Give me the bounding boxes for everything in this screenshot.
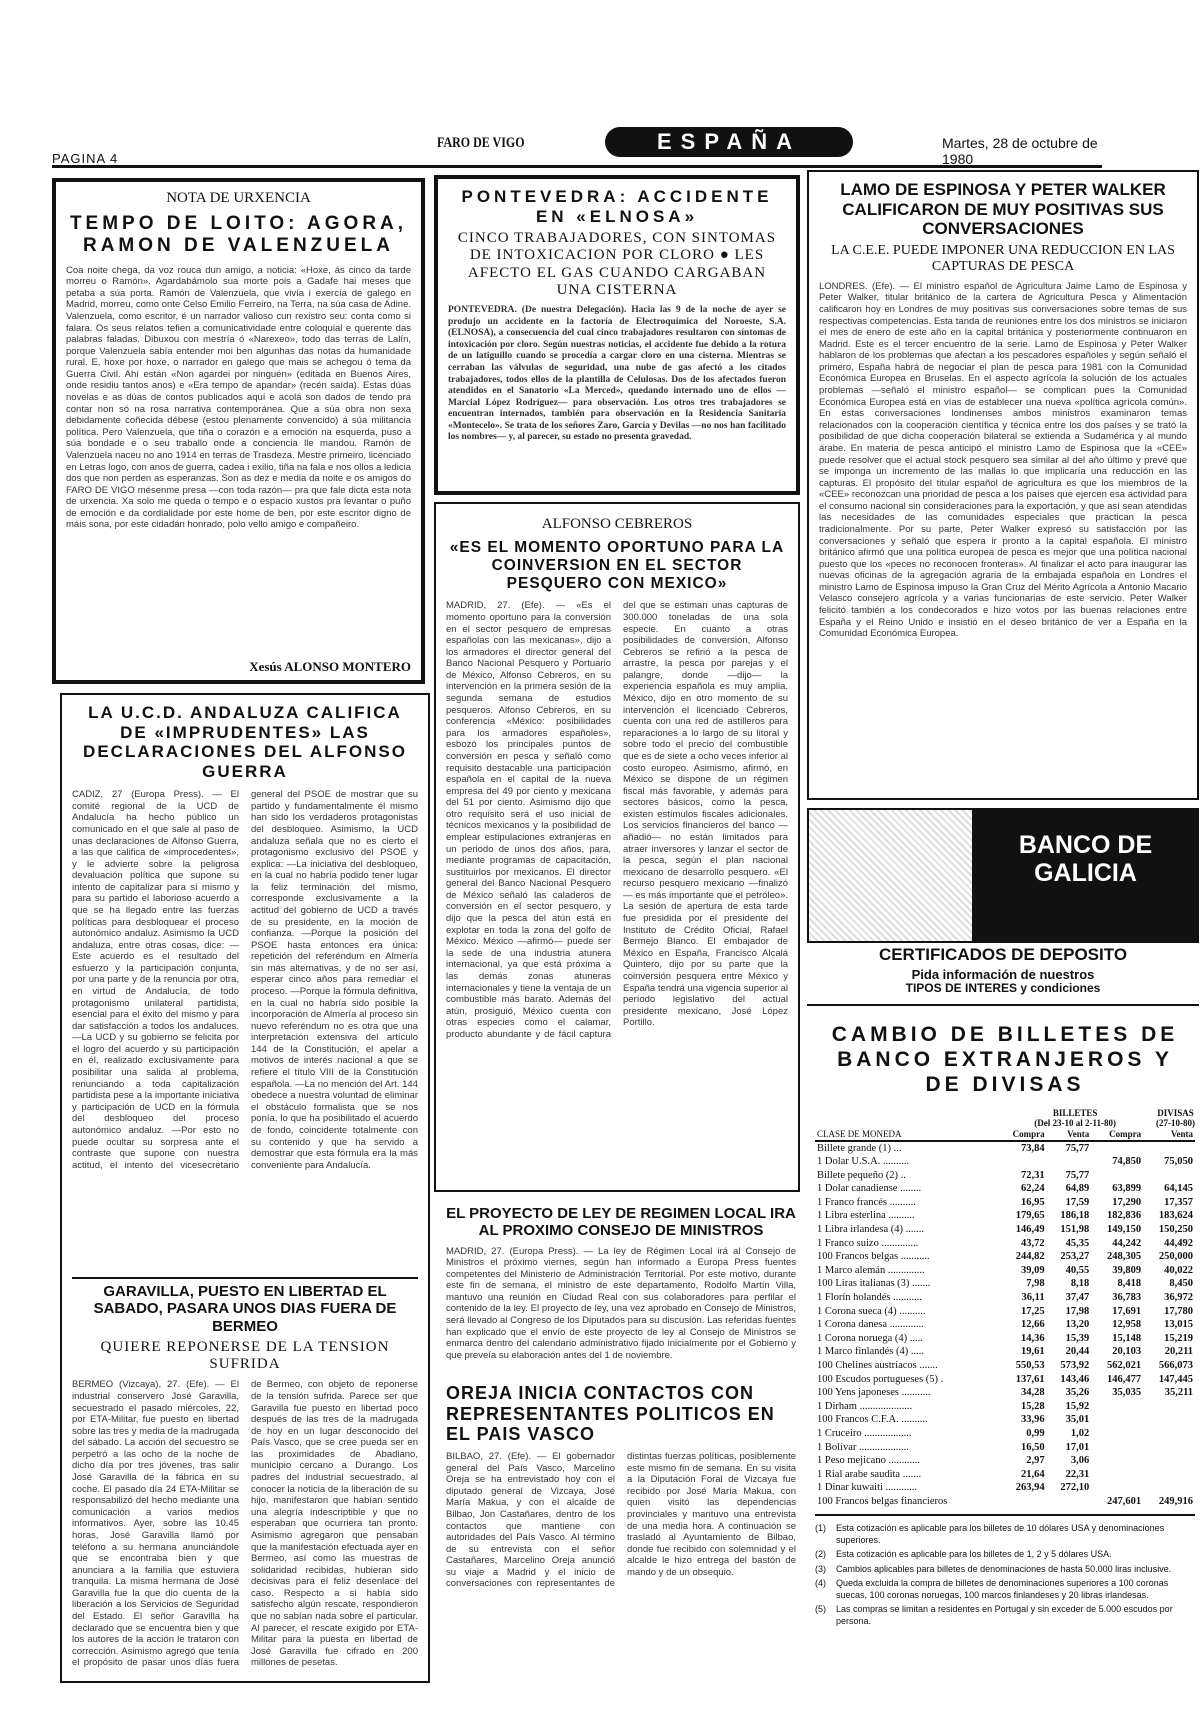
- footnote: (1)Esta cotización es aplicable para los…: [815, 1522, 1195, 1546]
- article-regimen-local: EL PROYECTO DE LEY DE REGIMEN LOCAL IRA …: [446, 1205, 796, 1375]
- exchange-notes: (1)Esta cotización es aplicable para los…: [815, 1514, 1195, 1627]
- table-row: 1 Corona danesa .............12,6613,201…: [815, 1318, 1195, 1332]
- section-banner: ESPAÑA: [605, 127, 853, 157]
- table-row: 1 Bolívar ...................16,5017,01: [815, 1440, 1195, 1454]
- issue-date: Martes, 28 de octubre de 1980: [942, 135, 1102, 167]
- ad-title: CERTIFICADOS DE DEPOSITO: [807, 945, 1199, 965]
- divisas-label: DIVISAS: [1156, 1108, 1195, 1118]
- article-kicker: ALFONSO CEBREROS: [446, 516, 788, 533]
- billetes-label: BILLETES: [1034, 1108, 1116, 1118]
- footnote: (5)Las compras se limitan a residentes e…: [815, 1603, 1195, 1627]
- table-row: 1 Dinar kuwaiti ............263,94272,10: [815, 1481, 1195, 1495]
- table-row: 100 Francos C.F.A. ..........33,9635,01: [815, 1413, 1195, 1427]
- table-row: Billete pequeño (2) ..72,3175,77: [815, 1168, 1195, 1182]
- table-row: 1 Marco alemán ..............39,0940,553…: [815, 1264, 1195, 1278]
- table-row: 100 Liras italianas (3) .......7,988,188…: [815, 1277, 1195, 1291]
- table-header: CLASE DE MONEDA Compra Venta Compra Vent…: [815, 1128, 1195, 1142]
- article-body: CADIZ, 27 (Europa Press). — El comité re…: [72, 789, 418, 1269]
- article-body: PONTEVEDRA. (De nuestra Delegación). Hac…: [448, 305, 786, 444]
- table-row: 1 Peso mejicano ............2,973,06: [815, 1454, 1195, 1468]
- ad-certificados: CERTIFICADOS DE DEPOSITO Pida informació…: [807, 945, 1199, 1006]
- table-row: 1 Florín holandés ...........36,1137,473…: [815, 1291, 1195, 1305]
- table-row: 100 Chelines austríacos .......550,53573…: [815, 1359, 1195, 1373]
- table-row: 1 Corona sueca (4) ..........17,2517,981…: [815, 1304, 1195, 1318]
- masthead: PAGINA 4 FARO DE VIGO ESPAÑA Martes, 28 …: [52, 125, 1102, 167]
- article-headline: «ES EL MOMENTO OPORTUNO PARA LA COINVERS…: [446, 539, 788, 592]
- table-row: 1 Cruceiro ..................0,991,02: [815, 1427, 1195, 1441]
- article-body: MADRID, 27. (Efe). — «Es el momento opor…: [446, 600, 788, 1170]
- table-row: 1 Franco francés ..........16,9517,5917,…: [815, 1196, 1195, 1210]
- table-row: 1 Libra irlandesa (4) .......146,49151,9…: [815, 1223, 1195, 1237]
- exchange-title: CAMBIO DE BILLETES DE BANCO EXTRANJEROS …: [815, 1022, 1195, 1098]
- footnote: (4)Queda excluida la compra de billetes …: [815, 1577, 1195, 1601]
- article-subhead: QUIERE REPONERSE DE LA TENSION SUFRIDA: [72, 1339, 418, 1374]
- article-headline: PONTEVEDRA: ACCIDENTE EN «ELNOSA»: [448, 187, 786, 226]
- table-row: 1 Dirham ....................15,2815,92: [815, 1399, 1195, 1413]
- article-headline: EL PROYECTO DE LEY DE REGIMEN LOCAL IRA …: [446, 1205, 796, 1240]
- table-row: 100 Escudos portugueses (5) .137,61143,4…: [815, 1372, 1195, 1386]
- newspaper-name: FARO DE VIGO: [437, 135, 525, 152]
- footnote: (2)Esta cotización es aplicable para los…: [815, 1548, 1195, 1560]
- article-lamo-espinosa: LAMO DE ESPINOSA Y PETER WALKER CALIFICA…: [807, 170, 1199, 800]
- article-oreja: OREJA INICIA CONTACTOS CON REPRESENTANTE…: [446, 1383, 796, 1708]
- page-number: PAGINA 4: [52, 151, 118, 166]
- article-elnosa: PONTEVEDRA: ACCIDENTE EN «ELNOSA» CINCO …: [434, 175, 800, 495]
- bank-logo: BANCO DE GALICIA: [974, 810, 1197, 941]
- table-row: 1 Libra esterlina ..........179,65186,18…: [815, 1209, 1195, 1223]
- exchange-table: CLASE DE MONEDA Compra Venta Compra Vent…: [815, 1128, 1195, 1509]
- table-row: 1 Franco suizo ..............43,7245,354…: [815, 1236, 1195, 1250]
- article-signature: Xesús ALONSO MONTERO: [66, 659, 411, 675]
- article-headline: OREJA INICIA CONTACTOS CON REPRESENTANTE…: [446, 1383, 796, 1445]
- table-row: 1 Dolar U.S.A. ..........74,85075,050: [815, 1155, 1195, 1169]
- ad-line2: TIPOS DE INTERES y condiciones: [807, 982, 1199, 996]
- article-headline: GARAVILLA, PUESTO EN LIBERTAD EL SABADO,…: [72, 1283, 418, 1335]
- article-body: Coa noite chega, da voz rouca dun amigo,…: [66, 265, 411, 655]
- article-headline: LA U.C.D. ANDALUZA CALIFICA DE «IMPRUDEN…: [72, 703, 418, 781]
- billetes-period: (Del 23-10 al 2-11-80): [1034, 1118, 1116, 1128]
- article-body: BILBAO, 27. (Efe). — El gobernador gener…: [446, 1451, 796, 1590]
- table-row: 1 Marco finlandés (4) .....19,6120,4420,…: [815, 1345, 1195, 1359]
- article-garavilla: GARAVILLA, PUESTO EN LIBERTAD EL SABADO,…: [72, 1277, 418, 1683]
- article-cebreros: ALFONSO CEBREROS «ES EL MOMENTO OPORTUNO…: [434, 502, 800, 1192]
- article-headline: LAMO DE ESPINOSA Y PETER WALKER CALIFICA…: [819, 180, 1187, 239]
- table-row: 100 Yens japoneses ...........34,2835,26…: [815, 1386, 1195, 1400]
- table-row: 100 Francos belgas ...........244,82253,…: [815, 1250, 1195, 1264]
- table-row: 1 Rial arabe saudita .......21,6422,31: [815, 1467, 1195, 1481]
- article-nota-urxencia: NOTA DE URXENCIA TEMPO DE LOITO: AGORA, …: [52, 178, 425, 684]
- table-row: 100 Francos belgas financieros247,601249…: [815, 1495, 1195, 1509]
- masthead-rule: [52, 165, 1102, 168]
- house-illustration: [809, 810, 974, 941]
- banco-galicia-ad: BANCO DE GALICIA: [807, 808, 1199, 943]
- table-row: 1 Dolar canadiense ........62,2464,8963,…: [815, 1182, 1195, 1196]
- footnote: (3)Cambios aplicables para billetes de d…: [815, 1563, 1195, 1575]
- article-subhead: CINCO TRABAJADORES, CON SINTOMAS DE INTO…: [448, 230, 786, 299]
- ad-line1: Pida información de nuestros: [807, 968, 1199, 983]
- exchange-rates: CAMBIO DE BILLETES DE BANCO EXTRANJEROS …: [815, 1022, 1195, 1629]
- table-row: Billete grande (1) ...73,8475,77: [815, 1141, 1195, 1155]
- article-headline: TEMPO DE LOITO: AGORA, RAMON DE VALENZUE…: [66, 213, 411, 257]
- article-body: LONDRES. (Efe). — El ministro español de…: [819, 281, 1187, 640]
- article-subhead: LA C.E.E. PUEDE IMPONER UNA REDUCCION EN…: [819, 243, 1187, 275]
- article-body: MADRID, 27. (Europa Press). — La ley de …: [446, 1246, 796, 1362]
- article-ucd-andaluza: LA U.C.D. ANDALUZA CALIFICA DE «IMPRUDEN…: [60, 693, 430, 1683]
- article-kicker: NOTA DE URXENCIA: [66, 190, 411, 207]
- divisas-period: (27-10-80): [1156, 1118, 1195, 1128]
- table-row: 1 Corona noruega (4) .....14,3615,3915,1…: [815, 1331, 1195, 1345]
- article-body: BERMEO (Vizcaya), 27. (Efe). — El indust…: [72, 1379, 418, 1683]
